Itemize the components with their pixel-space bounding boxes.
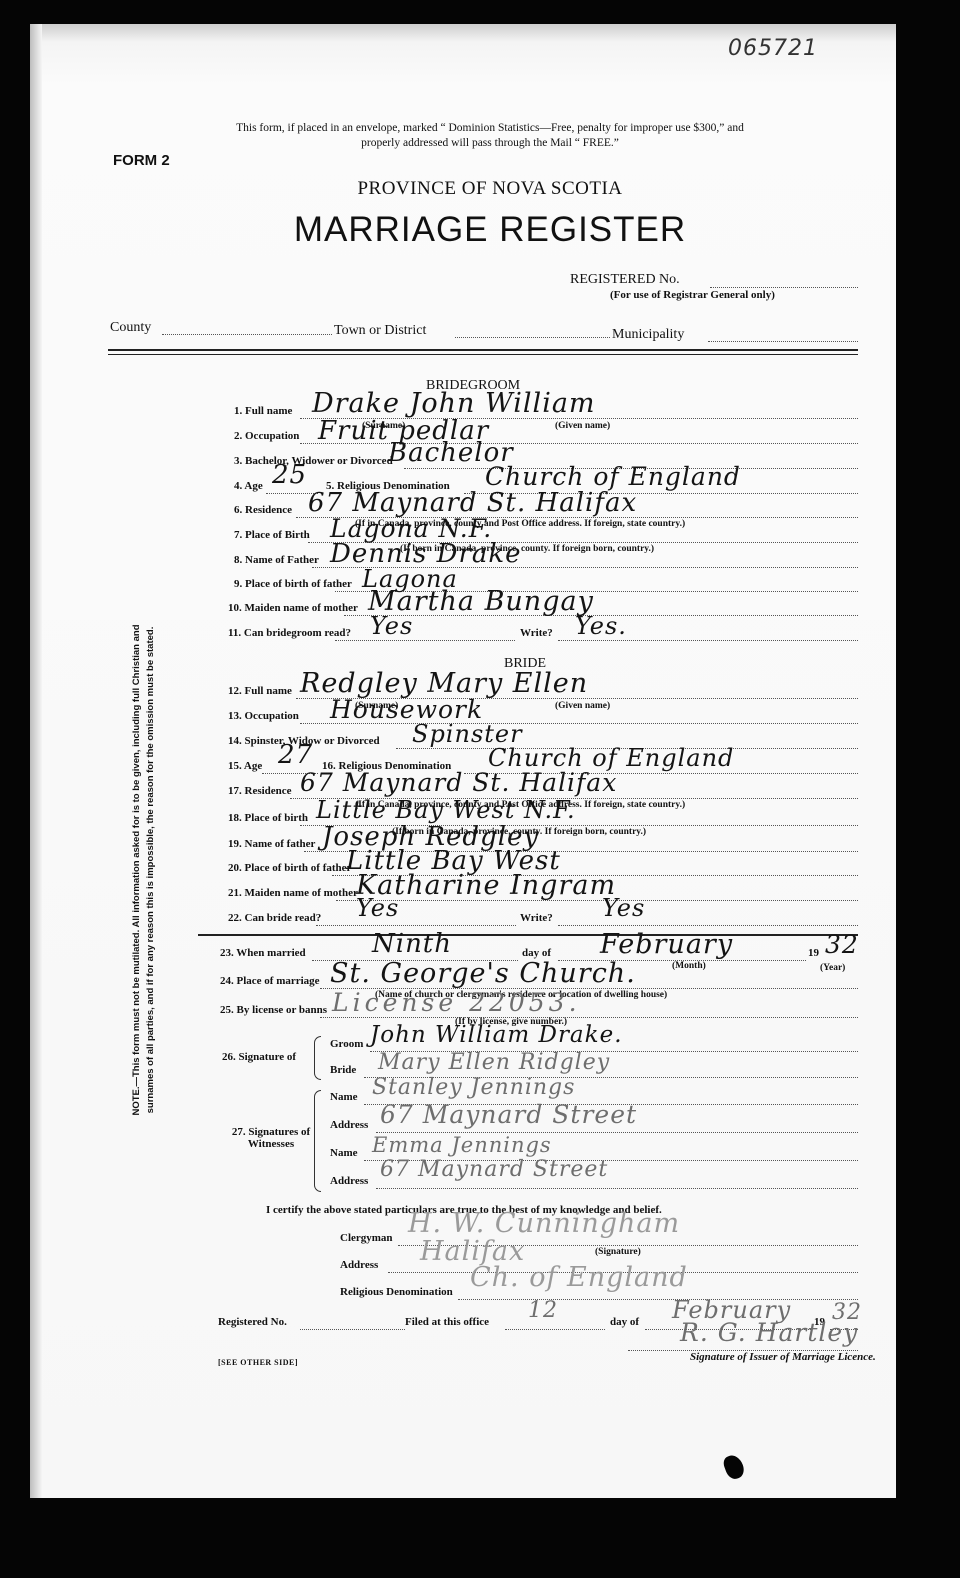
witness1-address-value: 67 Maynard Street <box>380 1100 637 1129</box>
bride-residence-label: 17. Residence <box>228 785 292 797</box>
bride-can-read-field[interactable] <box>316 925 516 926</box>
town-field[interactable] <box>455 337 610 338</box>
witness2-address-field[interactable] <box>376 1188 858 1189</box>
bride-birthplace-label: 18. Place of birth <box>228 812 308 824</box>
bride-can-read-value: Yes <box>356 894 399 922</box>
bride-signature-label: Bride <box>330 1064 356 1076</box>
witness2-address-value: 67 Maynard Street <box>380 1157 608 1182</box>
groom-father-name-label: 8. Name of Father <box>234 554 319 566</box>
bride-father-name-label: 19. Name of father <box>228 838 315 850</box>
page-title: MARRIAGE REGISTER <box>200 210 780 250</box>
groom-full-name-value: Drake John William <box>312 388 596 419</box>
witnesses-label: 27. Signatures of Witnesses <box>226 1126 316 1150</box>
see-other-side-note: [SEE OTHER SIDE] <box>218 1358 298 1367</box>
registered-no-field[interactable] <box>710 287 858 288</box>
bride-can-read-label: 22. Can bride read? <box>228 912 321 924</box>
header-rule-top <box>108 349 858 351</box>
side-note-line2: surnames of all parties, and if for any … <box>144 555 158 1185</box>
witnesses-label-line1: 27. Signatures of <box>226 1126 316 1138</box>
clergyman-denomination-label: Religious Denomination <box>340 1286 453 1298</box>
groom-can-read-value: Yes <box>370 612 413 640</box>
marriage-year-hint: (Year) <box>820 963 845 973</box>
witness1-address-label: Address <box>330 1119 368 1131</box>
groom-signature-label: Groom <box>330 1038 363 1050</box>
bride-can-write-field[interactable] <box>558 925 858 926</box>
municipality-field[interactable] <box>708 341 858 342</box>
signature-of-label: 26. Signature of <box>222 1051 296 1063</box>
place-of-marriage-value: St. George's Church. <box>330 958 636 989</box>
witness1-name-label: Name <box>330 1091 358 1103</box>
groom-can-write-value: Yes. <box>575 612 627 640</box>
groom-given-name-hint: (Given name) <box>555 421 610 431</box>
clergyman-address-label: Address <box>340 1259 378 1271</box>
groom-father-birthplace-label: 9. Place of birth of father <box>234 578 352 590</box>
municipality-label: Municipality <box>612 327 684 343</box>
filing-registered-no-label: Registered No. <box>218 1316 287 1328</box>
license-or-banns-value: License 22053. <box>332 988 581 1017</box>
province-heading: PROVINCE OF NOVA SCOTIA <box>240 178 740 200</box>
groom-age-label: 4. Age <box>234 480 263 492</box>
groom-can-read-field[interactable] <box>335 640 515 641</box>
serial-number: 065721 <box>728 36 818 61</box>
bride-mother-maiden-name-label: 21. Maiden name of mother <box>228 887 358 899</box>
clergyman-denomination-value: Ch. of England <box>470 1262 688 1293</box>
witness2-name-label: Name <box>330 1147 358 1159</box>
registered-no-label: REGISTERED No. <box>570 272 680 288</box>
witnesses-brace <box>314 1090 321 1192</box>
mail-notice-line1: This form, if placed in an envelope, mar… <box>130 122 850 134</box>
witness2-name-value: Emma Jennings <box>372 1133 552 1157</box>
groom-signature-value: John William Drake. <box>370 1022 623 1048</box>
marriage-year-prefix: 19 <box>808 947 819 959</box>
town-label: Town or District <box>334 323 426 339</box>
bride-age-value: 27 <box>278 740 313 770</box>
bride-age-label: 15. Age <box>228 760 262 772</box>
marriage-month-value: February <box>600 929 733 960</box>
filed-day-value: 12 <box>528 1298 558 1323</box>
when-married-label: 23. When married <box>220 947 306 959</box>
filed-day-field[interactable] <box>505 1329 605 1330</box>
issuer-signature-label: Signature of Issuer of Marriage Licence. <box>690 1351 876 1363</box>
bride-residence-value: 67 Maynard St. Halifax <box>300 768 617 797</box>
groom-marital-status-label: 3. Bachelor, Widower or Divorced <box>234 455 393 467</box>
groom-full-name-label: 1. Full name <box>234 405 292 417</box>
witnesses-label-line2: Witnesses <box>226 1138 316 1150</box>
witness2-address-label: Address <box>330 1175 368 1187</box>
bride-can-write-value: Yes <box>602 894 645 922</box>
clergyman-signature-hint: (Signature) <box>595 1247 641 1257</box>
witness1-name-value: Stanley Jennings <box>372 1075 575 1100</box>
bride-father-birthplace-label: 20. Place of birth of father <box>228 862 351 874</box>
clergyman-signature-value: H. W. Cunningham <box>408 1208 680 1239</box>
signature-brace <box>314 1036 321 1080</box>
bride-given-name-hint: (Given name) <box>555 701 610 711</box>
county-label: County <box>110 320 151 336</box>
clergyman-denomination-field[interactable] <box>458 1299 858 1300</box>
marriage-day-value: Ninth <box>372 929 452 959</box>
groom-can-write-label: Write? <box>520 627 553 639</box>
bride-birthplace-value: Little Bay West N.F. <box>316 796 576 824</box>
side-note: NOTE.—This form must not be mutilated. A… <box>120 555 168 1185</box>
mail-notice-line2: properly addressed will pass through the… <box>130 137 850 149</box>
bride-can-write-label: Write? <box>520 912 553 924</box>
groom-age-value: 25 <box>272 460 307 490</box>
place-of-marriage-label: 24. Place of marriage <box>220 975 320 987</box>
marriage-month-hint: (Month) <box>672 961 706 971</box>
section-rule <box>198 934 858 936</box>
groom-occupation-label: 2. Occupation <box>234 430 299 442</box>
bride-signature-value: Mary Ellen Ridgley <box>378 1050 610 1075</box>
filing-registered-no-field[interactable] <box>300 1329 405 1330</box>
bride-full-name-label: 12. Full name <box>228 685 292 697</box>
groom-can-read-label: 11. Can bridegroom read? <box>228 627 351 639</box>
marriage-year-value: 32 <box>825 930 859 959</box>
header-rule-bottom <box>108 354 858 355</box>
groom-can-write-field[interactable] <box>558 640 858 641</box>
groom-birthplace-label: 7. Place of Birth <box>234 529 310 541</box>
groom-residence-label: 6. Residence <box>234 504 292 516</box>
issuer-signature-value: R. G. Hartley <box>680 1318 858 1347</box>
form-number: FORM 2 <box>113 152 170 169</box>
groom-mother-maiden-name-label: 10. Maiden name of mother <box>228 602 358 614</box>
county-field[interactable] <box>162 334 332 335</box>
groom-religion-value: Church of England <box>485 462 741 491</box>
clergyman-label: Clergyman <box>340 1232 393 1244</box>
filed-at-office-label: Filed at this office <box>405 1316 489 1328</box>
registered-no-hint: (For use of Registrar General only) <box>610 289 775 301</box>
page-edge-shadow <box>30 24 42 1498</box>
license-or-banns-label: 25. By license or banns <box>220 1004 327 1016</box>
filed-day-of-label: day of <box>610 1316 639 1328</box>
bride-occupation-label: 13. Occupation <box>228 710 299 722</box>
license-or-banns-field[interactable] <box>320 1017 858 1018</box>
side-note-line1: NOTE.—This form must not be mutilated. A… <box>130 555 144 1185</box>
